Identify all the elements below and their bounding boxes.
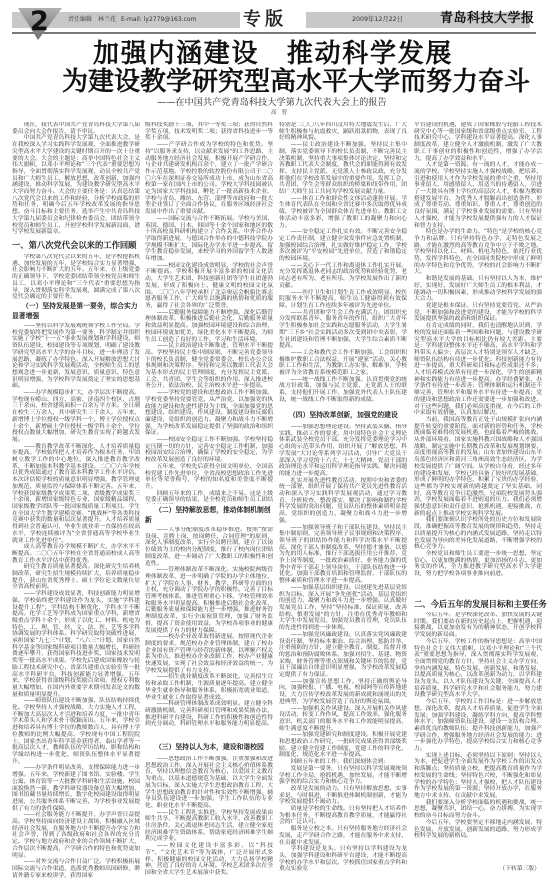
paragraph: ——办学规模稳步扩大，办学层次不断提高。学校现有崂山、四方、高密、济南四个校区，… (12, 390, 140, 444)
paragraph: 今后五年，学校要坚定不移地走内涵发展、特色发展、开放发展、创新发展的道路，努力形… (414, 820, 542, 840)
paragraph: ——招生就业制度改革不断深化。完善招生宣传和录取工作机制，生源质量逐年提高。建立… (145, 674, 273, 701)
paragraph: ——国际交流与合作不断拓展。学校与美国、英国、德国、日本、韩国等十余个国家和地区… (145, 216, 273, 263)
subsection-heading: （一）坚持发展是第一要务，综合实力显著增强 (12, 302, 140, 321)
paragraph: 改革是发展的动力。只有坚持解放思想、实事求是、与时俱进，不断推进体制机制创新，才… (279, 786, 407, 806)
paragraph: ——安全稳定工作扎实有效。不断完善安全稳定工作责任制，建立健全突发事件应急处置机… (279, 229, 407, 263)
paragraph: ——加强机关作风建设。深入开展机关作风建设活动，转变工作作风，提高工作效率，强化… (279, 706, 407, 733)
paragraph: ——办学条件明显改善，支撑保障能力进一步增强。五年来，学校新建了图书馆、实验楼、… (12, 765, 140, 812)
paragraph: ——加强基层组织建设。以创建先进基层党组织为目标，深入开展“争先创优”活动，基层… (279, 585, 407, 632)
paragraph: 全校党员和师生员工要进一步统一思想、坚定信心，以更加饱满的热情、更加昂扬的斗志、… (414, 551, 542, 578)
paragraph: ——社会服务能力不断提升，办学声誉日益提高。学校坚持面向经济建设主战场，积极融入… (12, 812, 140, 859)
paragraph: 党建是根本保证。只有坚持党要管党、从严治党，不断加强和改进党的建设，才能为学校的… (414, 303, 542, 323)
paragraph: ——加强领导班子和干部队伍建设。坚持民主集中制原则，完善领导班子议事规则和决策程… (279, 525, 407, 585)
paragraph: ——民主政治建设不断加强。坚持民主集中制，落实党委领导下的校长负责制，不断完善民… (279, 142, 407, 196)
paragraph: ——学科建设成效显著，科技创新能力明显增强。学校始终把学科建设作为龙头，实施“学… (12, 591, 140, 698)
column-segment: ——坚持以科学发展观统领学校工作全局。学校党委始终把发展作为第一要务，科学制定并… (12, 323, 140, 879)
paragraph: ——校园安全稳定工作不断加强。学校坚持稳定压倒一切的方针，完善安全稳定工作机制，… (145, 437, 273, 464)
article-column-3: 特别是二〇〇八年四川汶川特大地震发生后，广大师生积极参与抗震救灾，踊跃捐款捐物，… (279, 0, 407, 883)
paragraph: ——后勤服务保障能力不断增强。深化后勤管理体制改革，积极推进后勤社会化，后勤服务… (145, 310, 273, 344)
paragraph: 成人高等教育办学规模不断扩大，办学水平不断提高。二〇〇五年学校在全省普通高校成人… (12, 544, 140, 564)
article-column-1: 现在，我代表中国共产党青岛科技大学第八届委员会向大会作报告，请予审议。 中国共产… (12, 0, 140, 883)
paragraph: ——管理体制改革不断深化。实施校院两级管理体制改革，进一步明确了学院的办学主体地… (145, 567, 273, 634)
paragraph: 学科建设是龙头。只有坚持以学科建设为龙头，加强学科建设和科研平台建设，才能不断提… (279, 846, 407, 873)
paragraph: ——医疗卫生和计划生育工作成效明显。校医院服务水平不断提高，师生员工健康得到有效… (279, 290, 407, 310)
paragraph: ——人事分配制度改革稳步推进。按照“按需设岗、竞聘上岗、按岗聘任、合同管理”的原… (145, 527, 273, 567)
subsection-heading: （二）坚持解放思想，推动体制机制创新 (145, 506, 273, 525)
paragraph: ——思想政治工作不断加强。注重加强和改进思想政治工作，深入开展社会主义核心价值体… (145, 756, 273, 810)
paragraph: ——产学研合作成为学校的特色和优势。坚持“以服务求支持，以贡献求发展”的工作思路… (145, 142, 273, 216)
paragraph: 在肯定成绩的同时，我们也清醒地认识到，学校的发展还面临着一些困难和问题，与建设教… (414, 323, 542, 417)
paragraph: 今后五年，是学校深化改革、加快发展的关键时期。我们要站在新的历史起点上，把握机遇… (414, 612, 542, 639)
paragraph: ——对外交流与合作日益广泛。学校积极拓展国际交流与合作渠道，选派优秀教师出国研修… (12, 859, 140, 879)
paragraph: 服务是立校之本。只有坚持服务地方经济社会发展，走产学研合作之路，才能在服务中求支… (279, 826, 407, 846)
paragraph: 发展是第一要务。只有坚持以科学发展观统领学校工作全局，抢抓机遇，加快发展，才能不… (279, 766, 407, 786)
column-segment: ——人事分配制度改革稳步推进。按照“按需设岗、竞聘上岗、按岗聘任、合同管理”的原… (145, 527, 273, 741)
paragraph: ——学校党的建设和思想政治工作不断加强。学校党委坚持党要管党、从严治党，以加强党… (145, 390, 273, 437)
paragraph: 人才是第一资源。有一流的人才，才能办成一流的学校。学校坚持实施人才强校战略，把培… (414, 162, 542, 229)
paragraph: ——体育工作和群众性文体活动蓬勃开展。学生体育代表队在全国和全省比赛中多次取得优… (279, 196, 407, 230)
section-heading: 一、第八次党代会以来的工作回顾 (12, 239, 140, 251)
paragraph: ——民主政治建设不断推进，管理水平不断提高。学校坚持民主集中制原则，不断完善党委… (145, 343, 273, 390)
column-segment: 特别是二〇〇八年四川汶川特大地震发生后，广大师生积极参与抗震救灾，踊跃捐款捐物，… (279, 122, 407, 410)
paragraph: 研究生教育质量显著提高。深化研究生培养机制改革，研究生招生规模持续扩大，培养质量… (12, 564, 140, 591)
paragraph: 学校第八次党代会以来的五年，是学校抢抓机遇、加快发展的五年，是学校综合实力显著增… (12, 254, 140, 301)
section-heading: 二、今后五年的发展目标和主要任务 (414, 598, 542, 610)
paragraph: 我们要深入分析学校面临的机遇和挑战，统一思想，凝聚共识，团结一心，奋力拼搏，为实… (414, 800, 542, 820)
paragraph: ——共青团和学生会工作充满活力。团组织充分发挥联系青年、服务青年的作用，组织广大… (279, 310, 407, 350)
paragraph: ——坚持以科学发展观统领学校工作全局。学校党委始终把发展作为第一要务，科学制定并… (12, 323, 140, 390)
paragraph: ——师资队伍建设不断加强，队伍结构持续优化。学校坚持人才强校战略，大力实施人才工… (12, 698, 140, 765)
paragraph: ——科研管理体制改革成效明显。建立健全科研激励机制，完善科研项目管理和成果奖励办… (145, 701, 273, 728)
paragraph: ——统一战线工作不断加强。认真贯彻党的统战方针政策，加强与民主党派、无党派人士的… (279, 377, 407, 404)
continued-on-page-3-note: （下转第三版） (414, 866, 540, 873)
paragraph: ——校办企业改革取得新进展。按照现代企业制度的要求，规范校办企业管理体制，建立了… (145, 634, 273, 674)
paragraph: 今后五年，学校的工作目标是：进一步解放思想，深化改革，提高人才培养质量，促进学生… (414, 699, 542, 753)
paragraph: 质量是学校的生命线。只有坚持把人才培养作为根本任务，不断提高教育教学质量，才能赢… (279, 806, 407, 826)
paragraph: ——加强宣传思想工作。坚持正确的舆论导向，加强校报、广播、电视、校园网等宣传阵地… (279, 679, 407, 706)
paragraph: 中国共产党青岛科技大学第九次代表大会，是在我校深入学习实践科学发展观、全面推进教… (12, 135, 140, 236)
column-segment: ——思想政治工作不断加强。注重加强和改进思想政治工作，深入开展社会主义核心价值体… (145, 756, 273, 877)
paragraph: ——加强党建研究和制度建设。积极开展党建和思想政治工作研究，一批研究成果获得省部… (279, 732, 407, 759)
column-segment: ——加强思想理论建设。坚持武装头脑、指导实践、推动工作的要求，用中国特色社会主义… (279, 424, 407, 873)
column-segment: 级科技奖励十三项，其中一等奖三项；获得自然科学奖五项，技术发明奖二项；获得省科技… (145, 122, 273, 504)
column-segment: 现在，我代表中国共产党青岛科技大学第八届委员会向大会作报告，请予审议。 中国共产… (12, 122, 140, 236)
subsection-heading: （三）坚持以人为本，建设和谐校园 (145, 743, 273, 753)
paragraph: 回顾五年来的工作，成绩来之不易。这是上级党委正确领导的结果，是全校党员和师生员工… (145, 491, 273, 504)
paragraph: 实现上述目标，必须坚持以下原则：坚持以人为本，把促进学生全面发展作为学校工作的出… (414, 753, 542, 800)
paragraph: 和谐是发展的基础。只有坚持以人为本，维护好、实现好、发展好广大师生员工的根本利益… (414, 276, 542, 303)
paragraph: 我们要深刻认识学校所处的历史方位和发展阶段，准确把握高等教育发展的规律和趋势，坚… (414, 517, 542, 551)
paragraph: 现在，我代表中国共产党青岛科技大学第八届委员会向大会作报告，请予审议。 (12, 122, 140, 135)
paragraph: ——教育教学改革不断深化，人才培养质量稳步提高。学校始终把人才培养作为根本任务，… (12, 444, 140, 545)
paragraph-continued: 级科技奖励十三项，其中一等奖三项；获得自然科学奖五项，技术发明奖二项；获得省科技… (145, 122, 273, 142)
paragraph: 扎实开展先进性教育活动。按照中央和省委的统一部署，组织开展了保持共产党员先进性教… (279, 478, 407, 525)
column-segment: 学校第八次党代会以来的五年，是学校抢抓机遇、加快发展的五年，是学校综合实力显著增… (12, 254, 140, 301)
paragraph: ——校园文化建设丰富多彩。以“科技节”、“文化艺术节”等为载体，广泛开展形式多样… (145, 843, 273, 877)
paragraph: 特色是办学的生命力。“特色”是学校的核心竞争力和品牌。只有坚持特色办学，走特色发… (414, 229, 542, 276)
paragraph: ——校园文化建设成效明显，学校的社会声誉不断提高。学校积极开展丰富多彩的校园文化… (145, 263, 273, 310)
paragraph: 回顾五年来的工作，我们深刻体会到： (279, 759, 407, 766)
subsection-heading: （四）坚持改革创新，加强党的建设 (279, 411, 407, 421)
paragraph-continued: 特别是二〇〇八年四川汶川特大地震发生后，广大师生积极参与抗震救灾，踊跃捐款捐物，… (279, 122, 407, 142)
column-segment: 今后五年，是学校深化改革、加快发展的关键时期。我们要站在新的历史起点上，把握机遇… (414, 612, 542, 866)
paragraph: ——加强党风廉政建设。认真落实党风廉政建设责任制，坚持标本兼治、综合治理、惩防并… (279, 632, 407, 679)
paragraph: ——工会和教代会工作不断加强。工会组织积极维护教职工合法权益，开展“建家”活动，… (279, 350, 407, 377)
paragraph: ——关心下一代工作和离退休工作扎实开展。充分发挥离退休老同志的政治优势和经验优势… (279, 263, 407, 290)
paragraph: 五年来，学校先后获得全国文明单位、全国高校党建工作先进单位、全省高校思想政治工作… (145, 464, 273, 491)
paragraph: ——民生工程扎实推进。学校坚持发展成果由师生共享，不断提高教职工收入水平，改善教… (145, 810, 273, 844)
article-column-2: 级科技奖励十三项，其中一等奖三项；获得自然科学奖五项，技术发明奖二项；获得省科技… (145, 0, 273, 883)
paragraph: 今后五年，学校工作的指导思想是：高举中国特色社会主义伟大旗帜，以邓小平理论和“三… (414, 639, 542, 699)
paragraph: ——加强思想理论建设。坚持武装头脑、指导实践、推动工作的要求，用中国特色社会主义… (279, 424, 407, 478)
column-segment: 平台建设的机遇，建成了国家橡胶与轮胎工程技术研究中心等一批国家级和省部级重点实验… (414, 122, 542, 597)
paragraph: 当前，我国高等教育正处于由规模扩张向内涵提升转变的重要阶段。面对新的形势和任务，… (414, 417, 542, 518)
paragraph-continued: 平台建设的机遇，建成了国家橡胶与轮胎工程技术研究中心等一批国家级和省部级重点实验… (414, 122, 542, 162)
article-column-4: 平台建设的机遇，建成了国家橡胶与轮胎工程技术研究中心等一批国家级和省部级重点实验… (414, 0, 542, 883)
